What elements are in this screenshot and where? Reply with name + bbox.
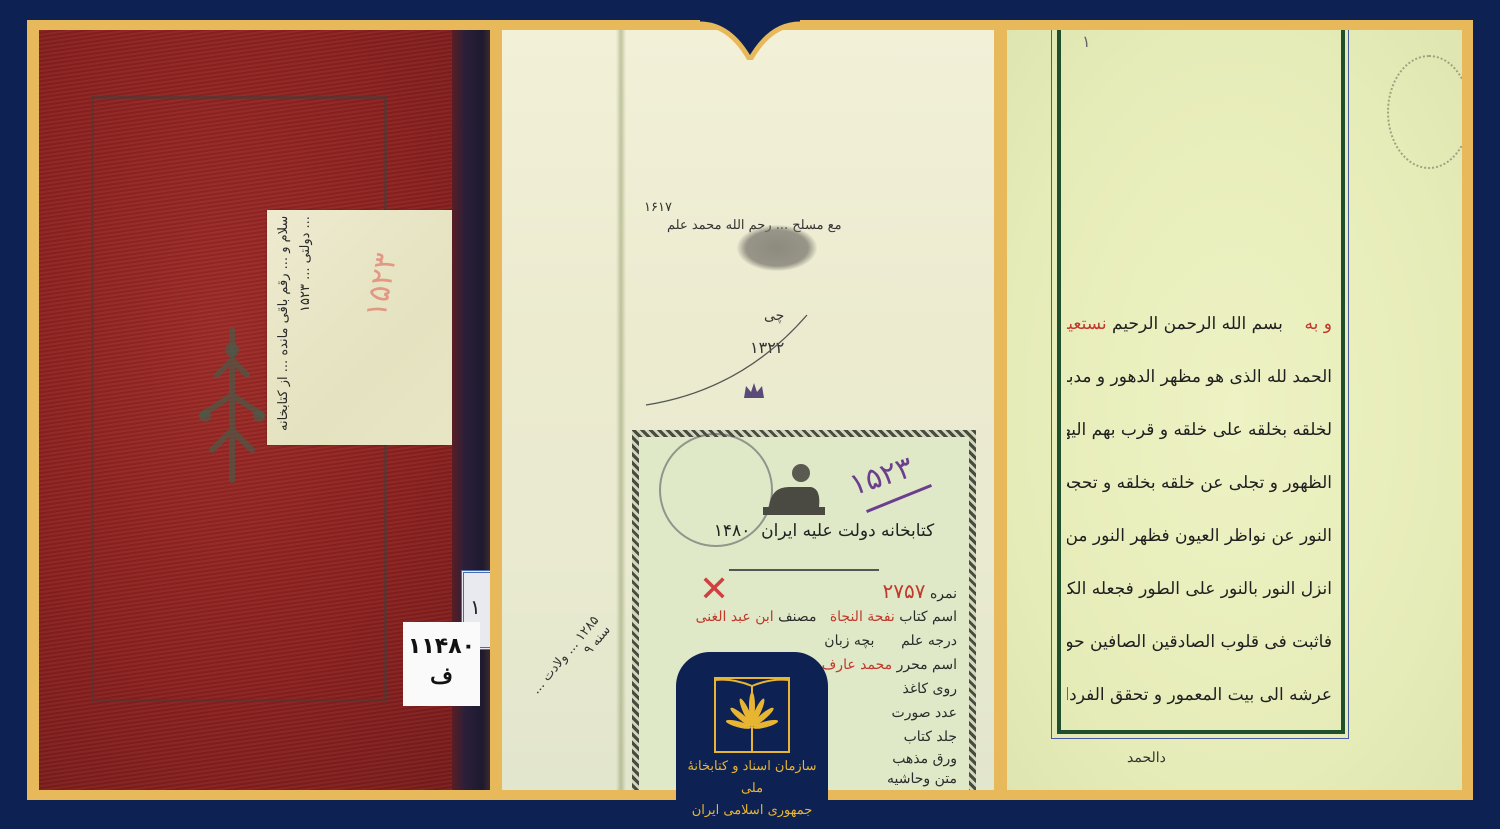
slip-field-grade: درجه علم بچه زبان	[824, 633, 957, 649]
book-tree-icon	[713, 676, 791, 754]
shelf-tag-number: ۱	[470, 595, 481, 619]
text-line: الظهور و تجلی عن خلقه بخلقه و تحجب لشعاع	[1067, 457, 1332, 510]
call-number: ۱۱۴۸۰	[403, 634, 480, 659]
page-fold	[616, 30, 626, 790]
lion-and-sun-icon	[759, 459, 829, 517]
logo-name: سازمان اسناد و کتابخانهٔ ملی جمهوری اسلا…	[676, 756, 828, 822]
divider	[729, 569, 879, 571]
pencil-mark: ۱	[1082, 32, 1091, 51]
slip-field-book: اسم کتاب نفحة النجاة مصنف ابن عبد الغنی	[696, 609, 957, 625]
slip-field-margin: متن وحاشیه	[887, 771, 957, 787]
national-library-logo: سازمان اسناد و کتابخانهٔ ملی جمهوری اسلا…	[676, 652, 828, 829]
slip-field-binding: جلد کتاب	[904, 729, 957, 745]
red-cross: ✕	[699, 569, 729, 610]
slip-field-gilt: ورق مذهب	[892, 751, 957, 767]
slip-field-pages: عدد صورت	[892, 705, 957, 721]
panel-manuscript: ۱ و به بسم الله الرحمن الرحیم نستعین الح…	[1007, 30, 1462, 790]
faded-stamp	[1387, 55, 1462, 169]
text-line: النور عن نواظر العیون فظهر النور من النو…	[1067, 510, 1332, 563]
slip-number-row: نمره ۲۷۵۷	[883, 579, 957, 603]
text-line: لخلقه بخلقه علی خلقه و قرب بهم الیهم لشا…	[1067, 404, 1332, 457]
ink-seal	[737, 225, 817, 271]
label-script: سلام و ... رقم باقی مانده ... از کتابخان…	[273, 216, 466, 439]
text-line: فاثبت فی قلوب الصادقین الصافین حول	[1067, 616, 1332, 669]
frame-arch-ornament	[700, 0, 800, 60]
call-letter: ف	[403, 663, 480, 689]
text-line: انزل النور بالنور علی الطور فجعله الکتاب…	[1067, 563, 1332, 616]
pen-stroke	[642, 310, 812, 410]
pasted-label: سلام و ... رقم باقی مانده ... از کتابخان…	[267, 210, 472, 445]
heading-line: و به بسم الله الرحمن الرحیم نستعین	[1067, 298, 1332, 351]
cover-ornament-icon	[187, 320, 277, 490]
library-name: کتابخانه دولت علیه ایران ۱۴۸۰	[699, 521, 949, 541]
margin-note: ۱۲۸۵ ... ولادت ... سنه ۹	[520, 613, 614, 717]
text-line: الحمد لله الذی هو مظهر الدهور و مدبر الا…	[1067, 351, 1332, 404]
panel-leather-cover: سلام و ... رقم باقی مانده ... از کتابخان…	[39, 30, 490, 790]
crown-icon	[742, 380, 766, 402]
call-number-label: ۱۱۴۸۰ ف	[403, 622, 480, 706]
note-number: ۱۶۱۷	[644, 200, 672, 215]
incipit-text: و به بسم الله الرحمن الرحیم نستعین الحمد…	[1067, 298, 1332, 722]
catchword: دالحمد	[1127, 750, 1166, 766]
slip-field-paper: روی کاغذ	[902, 681, 957, 697]
text-line: عرشه الی بیت المعمور و تحقق الفردانیة لی…	[1067, 669, 1332, 722]
